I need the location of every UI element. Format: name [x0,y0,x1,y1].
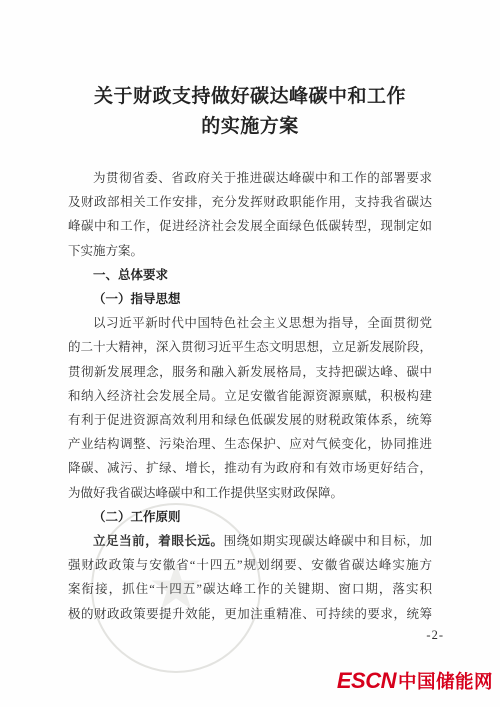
document-body: 为贯彻省委、省政府关于推进碳达峰碳中和工作的部署要求 及财政部相关工作安排，充分… [68,166,432,626]
paragraph-line: 贯彻新发展理念，服务和融入新发展格局，支持把碳达峰、碳中 [68,360,432,384]
title-line-2: 的实施方案 [0,112,500,142]
paragraph-text: 围绕如期实现碳达峰碳中和目标，加 [224,534,432,548]
escn-logo-zh-text: 中国储能网 [398,668,493,694]
page-number: -2- [426,628,444,643]
paragraph-line: 为贯彻省委、省政府关于推进碳达峰碳中和工作的部署要求 [68,166,432,190]
escn-logo-en-text: ESCN [337,668,396,694]
subsection-heading-work-principles: （二）工作原则 [68,505,432,529]
document-page: ★ 关于财政支持做好碳达峰碳中和工作 的实施方案 为贯彻省委、省政府关于推进碳达… [0,0,500,707]
paragraph-line: 案衔接，抓住“十四五”碳达峰工作的关键期、窗口期，落实积 [68,577,432,601]
paragraph-line: 及财政部相关工作安排，充分发挥财政职能作用，支持我省碳达 [68,190,432,214]
subsection-heading-guiding-ideology: （一）指导思想 [68,287,432,311]
document-title: 关于财政支持做好碳达峰碳中和工作 的实施方案 [0,82,500,142]
paragraph-line: 下实施方案。 [68,239,432,263]
paragraph-line: 为做好我省碳达峰碳中和工作提供坚实财政保障。 [68,481,432,505]
paragraph-line: 产业结构调整、污染治理、生态保护、应对气候变化，协同推进 [68,432,432,456]
section-heading-overall-requirements: 一、总体要求 [68,263,432,287]
paragraph-line: 以习近平新时代中国特色社会主义思想为指导，全面贯彻党 [68,311,432,335]
paragraph-line: 和纳入经济社会发展全局。立足安徽省能源资源禀赋，积极构建 [68,384,432,408]
principle-lead-bold: 立足当前，着眼长远。 [93,534,224,548]
paragraph-line: 降碳、减污、扩绿、增长，推动有为政府和有效市场更好结合， [68,456,432,480]
paragraph-line: 强财政政策与安徽省“十四五”规划纲要、安徽省碳达峰实施方 [68,553,432,577]
paragraph-line: 峰碳中和工作，促进经济社会发展全面绿色低碳转型，现制定如 [68,214,432,238]
title-line-1: 关于财政支持做好碳达峰碳中和工作 [0,82,500,112]
paragraph-line: 有利于促进资源高效利用和绿色低碳发展的财税政策体系，统筹 [68,408,432,432]
paragraph-line: 极的财政政策要提升效能，更加注重精准、可持续的要求，统筹 [68,602,432,626]
escn-logo: ESCN 中国储能网 [337,668,493,694]
paragraph-line: 的二十大精神，深入贯彻习近平生态文明思想，立足新发展阶段， [68,335,432,359]
paragraph-line: 立足当前，着眼长远。围绕如期实现碳达峰碳中和目标，加 [68,529,432,553]
